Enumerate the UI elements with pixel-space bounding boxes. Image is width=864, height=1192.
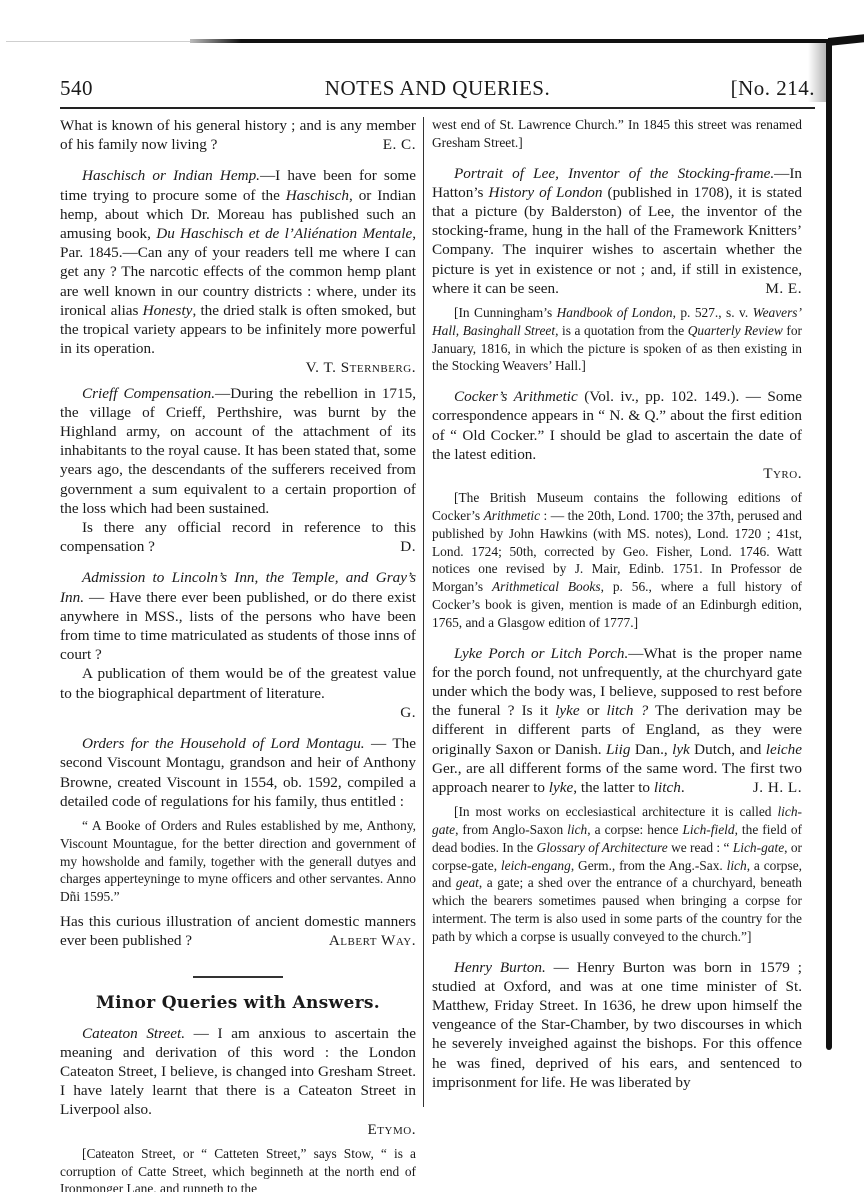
- query-title: Henry Burton.: [454, 959, 546, 976]
- section-heading: Minor Queries with Answers.: [60, 994, 416, 1013]
- query-title: Orders for the Household of Lord Montagu…: [82, 735, 365, 752]
- editorial-answer: [The British Museum contains the followi…: [432, 489, 802, 631]
- query-title: Haschisch or Indian Hemp.: [82, 167, 260, 184]
- editorial-answer-continuation: west end of St. Lawrence Church.” In 184…: [432, 116, 802, 152]
- query-montagu-question: Has this curious illustration of ancient…: [60, 912, 416, 950]
- query-continuation: What is known of his general history ; a…: [60, 116, 416, 154]
- signature: E. C.: [383, 135, 416, 154]
- running-header: 540 NOTES AND QUERIES. [No. 214.: [60, 76, 815, 106]
- query-cateaton: Cateaton Street. — I am anxious to ascer…: [60, 1024, 416, 1120]
- editorial-answer: [In most works on ecclesiastical archite…: [432, 803, 802, 945]
- query-henry-burton: Henry Burton. — Henry Burton was born in…: [432, 958, 802, 1092]
- scan-edge-line: [6, 41, 196, 42]
- signature: Tyro.: [432, 464, 802, 483]
- header-rule: [60, 107, 815, 109]
- editorial-answer: [In Cunningham’s Handbook of London, p. …: [432, 304, 802, 375]
- query-lincolns-inn: Admission to Lincoln’s Inn, the Temple, …: [60, 568, 416, 664]
- editorial-answer: [Cateaton Street, or “ Catteten Street,”…: [60, 1145, 416, 1192]
- query-lyke-porch: Lyke Porch or Litch Porch.—What is the p…: [432, 644, 802, 798]
- query-title: Cocker’s Arithmetic: [454, 388, 578, 405]
- quotation: “ A Booke of Orders and Rules establishe…: [60, 817, 416, 906]
- signature: Etymo.: [60, 1120, 416, 1139]
- signature: M. E.: [743, 279, 802, 298]
- query-crieff: Crieff Compensation.—During the rebellio…: [60, 384, 416, 518]
- section-separator: [193, 976, 283, 978]
- page-top-border: [190, 39, 830, 43]
- query-title: Portrait of Lee, Inventor of the Stockin…: [454, 165, 774, 182]
- query-lincolns-inn-note: A publication of them would be of the gr…: [60, 664, 416, 702]
- column-divider: [423, 117, 424, 1107]
- left-column: What is known of his general history ; a…: [60, 116, 416, 1192]
- query-title: Crieff Compensation.: [82, 385, 215, 402]
- binding-edge: [828, 34, 864, 46]
- query-cocker: Cocker’s Arithmetic (Vol. iv., pp. 102. …: [432, 387, 802, 464]
- right-column: west end of St. Lawrence Church.” In 184…: [432, 116, 802, 1092]
- journal-title: NOTES AND QUERIES.: [60, 76, 815, 101]
- signature: D.: [378, 537, 416, 556]
- query-title: Cateaton Street.: [82, 1025, 185, 1042]
- signature: G.: [60, 703, 416, 722]
- signature: J. H. L.: [731, 778, 802, 797]
- signature: V. T. Sternberg.: [60, 358, 416, 377]
- binding-spine: [826, 40, 832, 1050]
- signature: Albert Way.: [329, 931, 416, 950]
- issue-number: [No. 214.: [731, 76, 815, 101]
- query-haschisch: Haschisch or Indian Hemp.—I have been fo…: [60, 166, 416, 358]
- query-title: Lyke Porch or Litch Porch.: [454, 645, 628, 662]
- query-crieff-question: Is there any official record in referenc…: [60, 518, 416, 556]
- query-montagu: Orders for the Household of Lord Montagu…: [60, 734, 416, 811]
- query-lee-portrait: Portrait of Lee, Inventor of the Stockin…: [432, 164, 802, 298]
